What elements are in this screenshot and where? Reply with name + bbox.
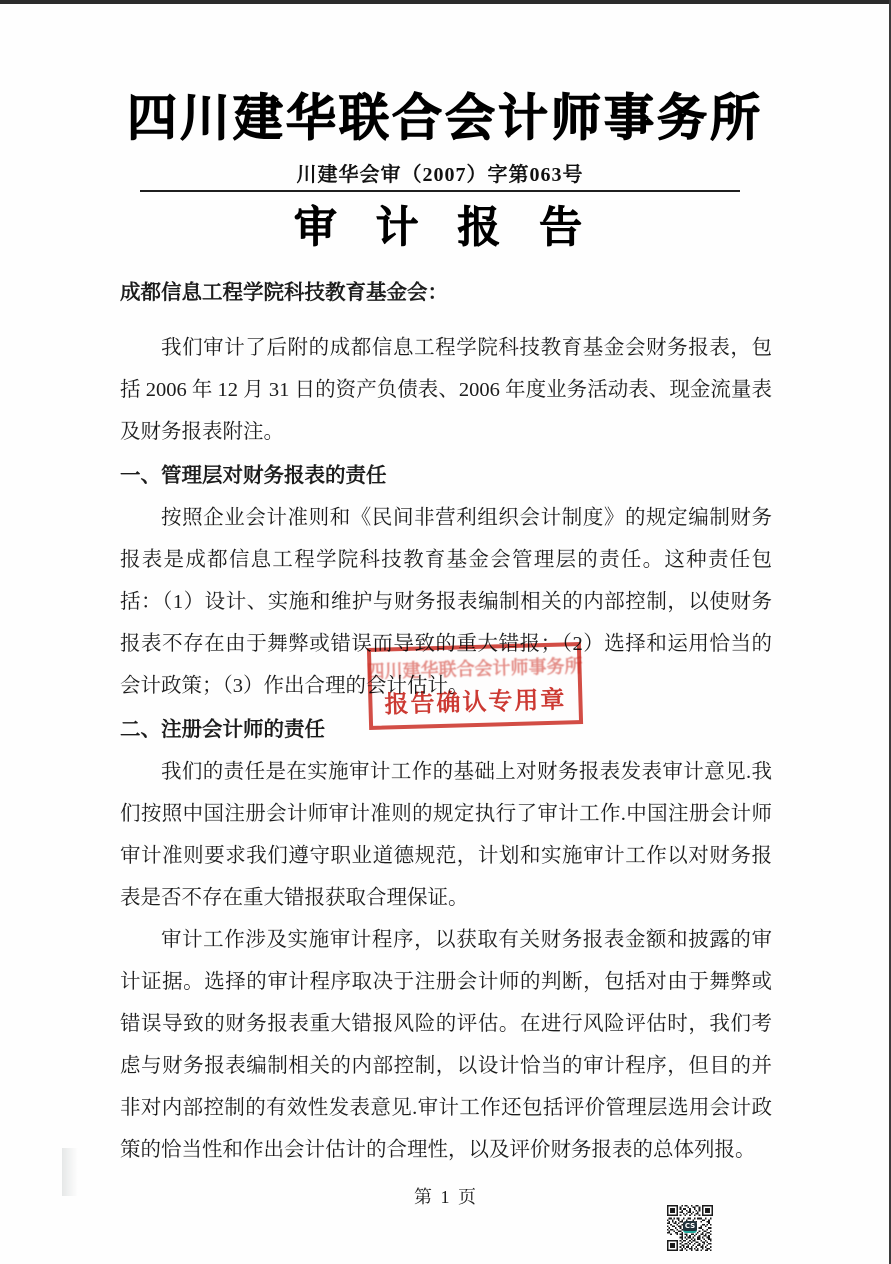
qr-code-icon: CS [667,1205,713,1251]
intro-paragraph: 我们审计了后附的成都信息工程学院科技教育基金会财务报表，包括 2006 年 12… [120,327,772,453]
addressee-line: 成都信息工程学院科技教育基金会： [120,272,772,314]
section-2-paragraph-1: 我们的责任是在实施审计工作的基础上对财务报表发表审计意见.我们按照中国注册会计师… [120,751,772,919]
scan-smudge [62,1148,78,1196]
document-body: 成都信息工程学院科技教育基金会： 我们审计了后附的成都信息工程学院科技教育基金会… [120,272,772,1236]
section-2-paragraph-2: 审计工作涉及实施审计程序，以获取有关财务报表金额和披露的审计证据。选择的审计程序… [120,919,772,1171]
section-1-paragraph: 按照企业会计准则和《民间非营利组织会计制度》的规定编制财务报表是成都信息工程学院… [120,497,772,707]
section-2-heading: 二、注册会计师的责任 [120,709,772,751]
qr-center-logo: CS [683,1221,697,1233]
report-title: 审 计 报 告 [120,194,770,255]
firm-name-title: 四川建华联合会计师事务所 [110,78,780,150]
section-1-heading: 一、管理层对财务报表的责任 [120,455,772,497]
scan-edge-top [0,0,891,4]
reference-number: 川建华会审（2007）字第063号 [140,158,740,192]
